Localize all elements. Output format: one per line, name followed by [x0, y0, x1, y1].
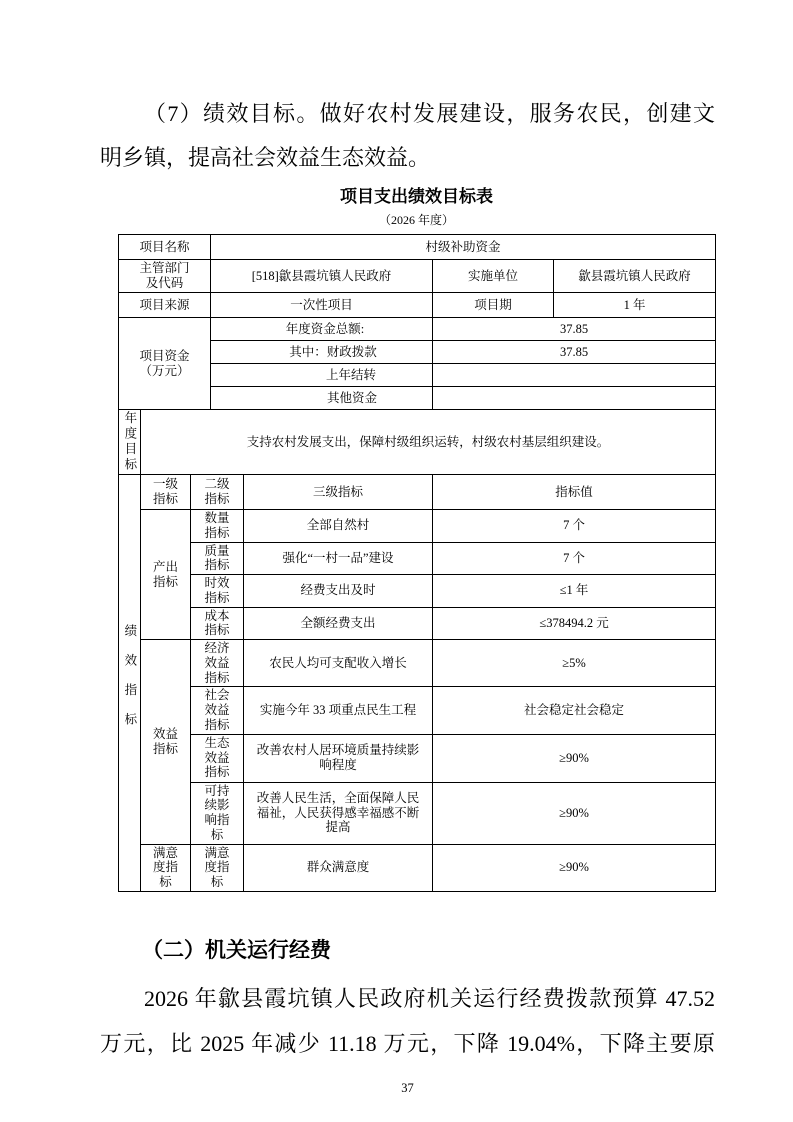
implementing-unit-label: 实施单位: [433, 260, 554, 293]
annual-goal-label: 年度目标: [119, 410, 141, 475]
indicator-row: 时效 指标 经费支出及时 ≤1 年: [119, 575, 716, 608]
level2-header: 二级 指标: [191, 475, 244, 510]
indicator-value-cell: 7 个: [433, 542, 716, 575]
level2-cell: 可持 续影 响指 标: [191, 782, 244, 844]
performance-indicator-side-label: 绩效指标: [119, 475, 141, 892]
indicator-value-cell: ≥90%: [433, 844, 716, 891]
indicator-row: 生态 效益 指标 改善农村人居环境质量持续影 响程度 ≥90%: [119, 734, 716, 782]
indicator-row: 成本 指标 全额经费支出 ≤378494.2 元: [119, 607, 716, 640]
indicator-value-cell: ≥90%: [433, 734, 716, 782]
level3-cell: 全部自然村: [244, 510, 433, 543]
level2-cell: 数量 指标: [191, 510, 244, 543]
level2-cell: 经济 效益 指标: [191, 640, 244, 687]
level3-cell: 改善人民生活，全面保障人民 福祉，人民获得感幸福感不断 提高: [244, 782, 433, 844]
project-period-label: 项目期: [433, 293, 554, 318]
indicator-value-cell: ≥5%: [433, 640, 716, 687]
section-line-2: 万元，比 2025 年减少 11.18 万元，下降 19.04%，下降主要原: [100, 1021, 715, 1066]
section-paragraph: 2026 年歙县霞坑镇人民政府机关运行经费拨款预算 47.52 万元，比 202…: [100, 976, 715, 1066]
indicator-row: 满意 度指 标 满意 度指 标 群众满意度 ≥90%: [119, 844, 716, 891]
indicator-value-cell: ≤378494.2 元: [433, 607, 716, 640]
page-number: 37: [100, 1080, 715, 1096]
level1-output-cell: 产出 指标: [141, 510, 191, 640]
annual-goal-text: 支持农村发展支出，保障村级组织运转，村级农村基层组织建设。: [141, 410, 716, 475]
project-source-row: 项目来源 一次性项目 项目期 1 年: [119, 293, 716, 318]
performance-target-table: 项目名称 村级补助资金 主管部门 及代码 [518]歙县霞坑镇人民政府 实施单位…: [118, 234, 716, 892]
indicator-value-cell: ≥90%: [433, 782, 716, 844]
indicator-row: 质量 指标 强化“一村一品”建设 7 个: [119, 542, 716, 575]
project-source-value: 一次性项目: [211, 293, 433, 318]
level2-cell: 时效 指标: [191, 575, 244, 608]
funding-total-value: 37.85: [433, 318, 716, 341]
indicator-row: 社会 效益 指标 实施今年 33 项重点民生工程 社会稳定社会稳定: [119, 687, 716, 734]
level1-benefit-cell: 效益 指标: [141, 640, 191, 845]
indicator-row: 效益 指标 经济 效益 指标 农民人均可支配收入增长 ≥5%: [119, 640, 716, 687]
document-page: （7）绩效目标。做好农村发展建设，服务农民，创建文 明乡镇，提高社会效益生态效益…: [0, 0, 793, 1122]
project-period-value: 1 年: [554, 293, 716, 318]
project-name-label: 项目名称: [119, 235, 211, 260]
table-title: 项目支出绩效目标表: [118, 186, 715, 208]
intro-paragraph: （7）绩效目标。做好农村发展建设，服务农民，创建文 明乡镇，提高社会效益生态效益…: [100, 92, 715, 180]
section-heading: （二）机关运行经费: [100, 936, 715, 966]
level2-cell: 成本 指标: [191, 607, 244, 640]
project-source-label: 项目来源: [119, 293, 211, 318]
funding-row: 项目资金 （万元） 年度资金总额: 37.85: [119, 318, 716, 341]
level3-cell: 农民人均可支配收入增长: [244, 640, 433, 687]
project-name-value: 村级补助资金: [211, 235, 716, 260]
level3-cell: 全额经费支出: [244, 607, 433, 640]
level3-cell: 实施今年 33 项重点民生工程: [244, 687, 433, 734]
level2-cell: 满意 度指 标: [191, 844, 244, 891]
indicator-header-row: 绩效指标 一级 指标 二级 指标 三级指标 指标值: [119, 475, 716, 510]
implementing-unit-value: 歙县霞坑镇人民政府: [554, 260, 716, 293]
funding-carryover-value: [433, 364, 716, 387]
annual-goal-row: 年度目标 支持农村发展支出，保障村级组织运转，村级农村基层组织建设。: [119, 410, 716, 475]
level3-cell: 经费支出及时: [244, 575, 433, 608]
level3-header: 三级指标: [244, 475, 433, 510]
funding-fiscal-label: 其中：财政拨款: [211, 341, 433, 364]
funding-label: 项目资金 （万元）: [119, 318, 211, 410]
indicator-value-cell: 7 个: [433, 510, 716, 543]
department-row: 主管部门 及代码 [518]歙县霞坑镇人民政府 实施单位 歙县霞坑镇人民政府: [119, 260, 716, 293]
project-name-row: 项目名称 村级补助资金: [119, 235, 716, 260]
department-value: [518]歙县霞坑镇人民政府: [211, 260, 433, 293]
value-header: 指标值: [433, 475, 716, 510]
funding-other-label: 其他资金: [211, 387, 433, 410]
level3-cell: 群众满意度: [244, 844, 433, 891]
level1-header: 一级 指标: [141, 475, 191, 510]
funding-carryover-label: 上年结转: [211, 364, 433, 387]
level2-cell: 社会 效益 指标: [191, 687, 244, 734]
indicator-value-cell: ≤1 年: [433, 575, 716, 608]
table-subtitle: （2026 年度）: [118, 213, 715, 228]
level1-satisfaction-cell: 满意 度指 标: [141, 844, 191, 891]
department-label: 主管部门 及代码: [119, 260, 211, 293]
level2-cell: 质量 指标: [191, 542, 244, 575]
level3-cell: 改善农村人居环境质量持续影 响程度: [244, 734, 433, 782]
indicator-row: 产出 指标 数量 指标 全部自然村 7 个: [119, 510, 716, 543]
level2-cell: 生态 效益 指标: [191, 734, 244, 782]
funding-total-label: 年度资金总额:: [211, 318, 433, 341]
intro-line-2: 明乡镇，提高社会效益生态效益。: [100, 136, 715, 180]
funding-other-value: [433, 387, 716, 410]
section-line-1: 2026 年歙县霞坑镇人民政府机关运行经费拨款预算 47.52: [100, 976, 715, 1021]
indicator-row: 可持 续影 响指 标 改善人民生活，全面保障人民 福祉，人民获得感幸福感不断 提…: [119, 782, 716, 844]
funding-fiscal-value: 37.85: [433, 341, 716, 364]
indicator-value-cell: 社会稳定社会稳定: [433, 687, 716, 734]
level3-cell: 强化“一村一品”建设: [244, 542, 433, 575]
intro-line-1: （7）绩效目标。做好农村发展建设，服务农民，创建文: [100, 92, 715, 136]
